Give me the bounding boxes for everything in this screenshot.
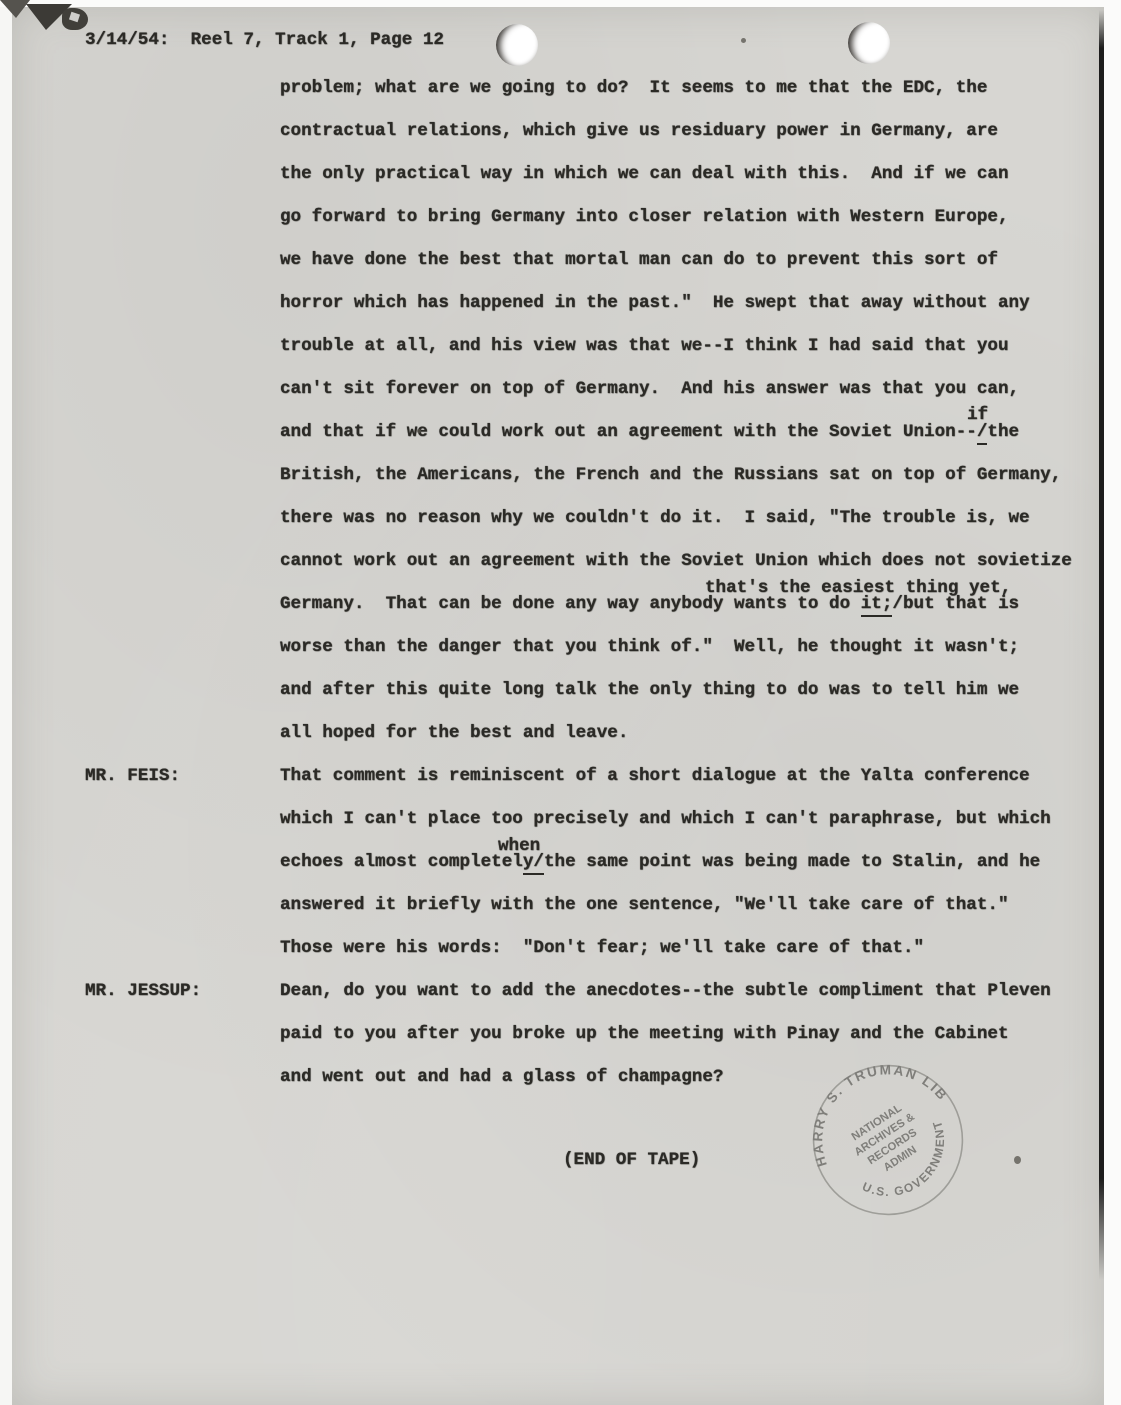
ink-speck xyxy=(1014,1156,1021,1164)
scan-edge-right xyxy=(1104,0,1121,1405)
hole-punch xyxy=(848,22,890,64)
transcript-line: and that if we could work out an agreeme… xyxy=(280,422,1019,442)
transcript-line: the only practical way in which we can d… xyxy=(280,164,1009,184)
transcript-line: there was no reason why we couldn't do i… xyxy=(280,508,1030,528)
hole-punch xyxy=(496,24,538,66)
transcript-line: and went out and had a glass of champagn… xyxy=(280,1067,723,1087)
scan-edge-top xyxy=(0,0,1121,7)
transcript-line: can't sit forever on top of Germany. And… xyxy=(280,379,1019,399)
transcript-line: Those were his words: "Don't fear; we'll… xyxy=(280,938,924,958)
transcript-line: problem; what are we going to do? It see… xyxy=(280,78,987,98)
speaker-label-feis: MR. FEIS: xyxy=(85,766,180,786)
line-segment: Germany. That can be done any way anybod… xyxy=(280,594,861,614)
line-segment-underlined: y/ xyxy=(523,852,544,875)
line-segment: the same point was being made to Stalin,… xyxy=(544,852,1040,872)
transcript-line: answered it briefly with the one sentenc… xyxy=(280,895,1009,915)
scan-shadow-line xyxy=(1099,10,1104,1280)
transcript-line: cannot work out an agreement with the So… xyxy=(280,551,1072,571)
transcript-line: horror which has happened in the past." … xyxy=(280,293,1030,313)
end-of-tape-note: (END OF TAPE) xyxy=(563,1150,700,1170)
scanned-transcript-page: { "transcript": { "header": "3/14/54: Re… xyxy=(0,0,1121,1405)
transcript-line: echoes almost completely/the same point … xyxy=(280,852,1040,872)
page-header: 3/14/54: Reel 7, Track 1, Page 12 xyxy=(85,30,444,50)
transcript-line: and after this quite long talk the only … xyxy=(280,680,1019,700)
transcript-line: Germany. That can be done any way anybod… xyxy=(280,594,1019,614)
ink-speck xyxy=(741,38,746,43)
transcript-line: trouble at all, and his view was that we… xyxy=(280,336,1009,356)
transcript-line: all hoped for the best and leave. xyxy=(280,723,628,743)
transcript-line: Dean, do you want to add the anecdotes--… xyxy=(280,981,1051,1001)
ink-speck xyxy=(417,429,421,433)
line-segment: the xyxy=(987,422,1019,442)
transcript-line: worse than the danger that you think of.… xyxy=(280,637,1019,657)
transcript-line: British, the Americans, the French and t… xyxy=(280,465,1061,485)
line-segment: /but that is xyxy=(892,594,1019,614)
line-segment: echoes almost completel xyxy=(280,852,523,872)
transcript-line: That comment is reminiscent of a short d… xyxy=(280,766,1030,786)
transcript-line: we have done the best that mortal man ca… xyxy=(280,250,998,270)
line-segment: and that if we could work out an agreeme… xyxy=(280,422,977,442)
line-segment-underlined: / xyxy=(977,422,988,445)
line-segment-underlined: it; xyxy=(861,594,893,617)
speaker-label-jessup: MR. JESSUP: xyxy=(85,981,201,1001)
transcript-line: go forward to bring Germany into closer … xyxy=(280,207,1009,227)
transcript-line: which I can't place too precisely and wh… xyxy=(280,809,1051,829)
transcript-line: contractual relations, which give us res… xyxy=(280,121,998,141)
